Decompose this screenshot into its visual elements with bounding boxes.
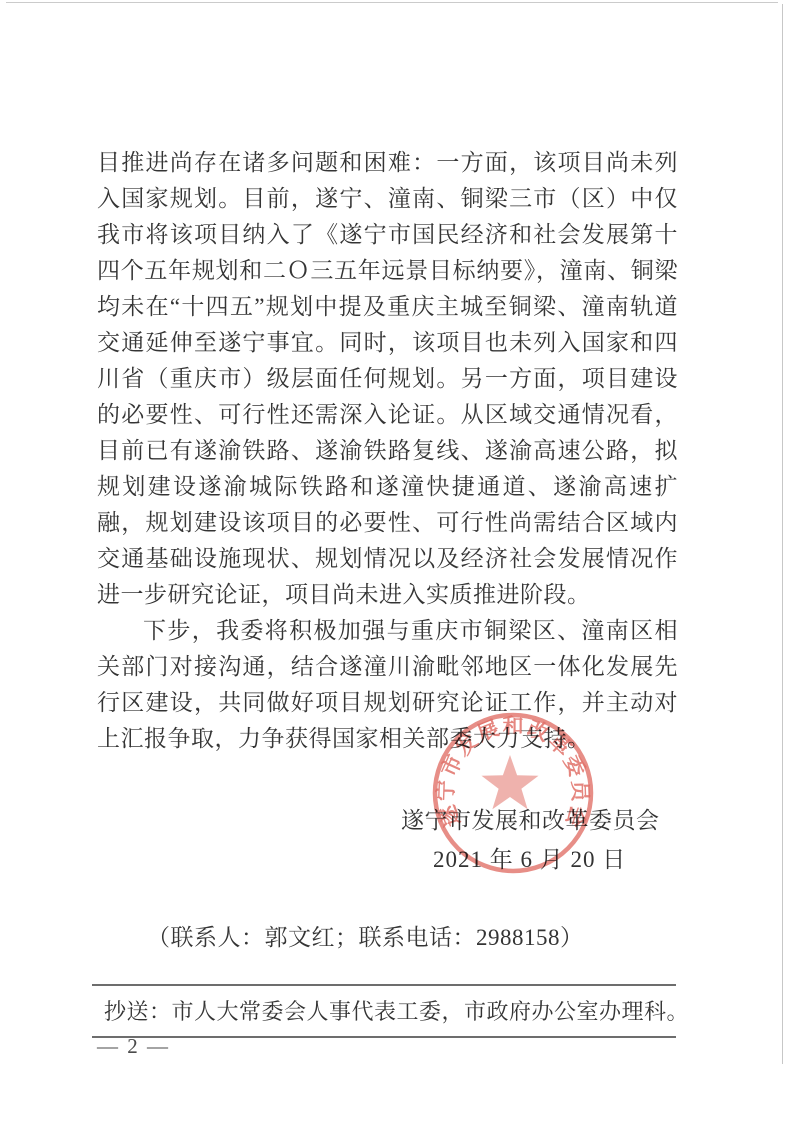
cc-footer: 抄送：市人大常委会人事代表工委，市政府办公室办理科。 bbox=[92, 984, 676, 1038]
document-body: 目推进尚存在诸多问题和困难：一方面，该项目尚未列入国家规划。目前，遂宁、潼南、铜… bbox=[97, 145, 678, 757]
contact-line: （联系人：郭文红；联系电话：2988158） bbox=[147, 919, 584, 952]
scan-page-right-edge bbox=[782, 4, 783, 1064]
scanned-document-page: { "page": { "number_label": "— 2 —" }, "… bbox=[0, 0, 793, 1121]
body-paragraph-1: 目推进尚存在诸多问题和困难：一方面，该项目尚未列入国家规划。目前，遂宁、潼南、铜… bbox=[97, 145, 678, 613]
signature-organization: 遂宁市发展和改革委员会 bbox=[401, 802, 660, 835]
page-number: — 2 — bbox=[97, 1034, 170, 1059]
body-paragraph-2: 下步，我委将积极加强与重庆市铜梁区、潼南区相关部门对接沟通，结合遂潼川渝毗邻地区… bbox=[97, 613, 678, 757]
signature-date: 2021 年 6 月 20 日 bbox=[433, 841, 626, 874]
scan-page-top-edge bbox=[6, 2, 778, 3]
